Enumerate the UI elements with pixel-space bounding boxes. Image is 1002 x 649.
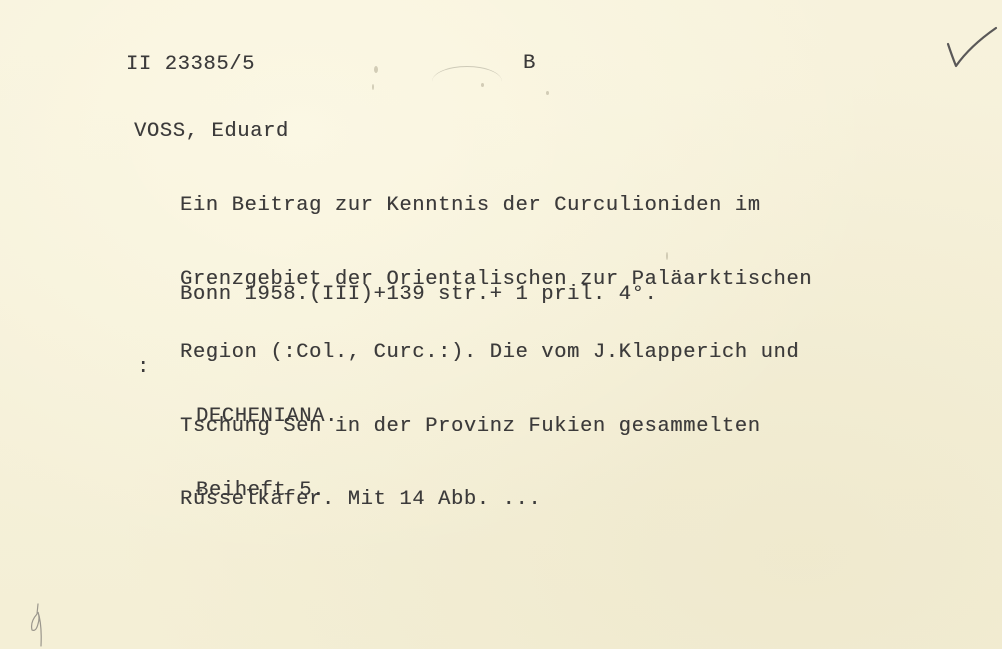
author-heading: VOSS, Eduard — [134, 120, 289, 145]
checkmark-icon — [940, 22, 1000, 74]
series-block: DECHENIANA. Beiheft 5. — [196, 356, 338, 552]
paper-speck — [372, 84, 374, 90]
shelfmark: II 23385/5 — [126, 53, 255, 78]
paper-speck — [546, 91, 549, 95]
series-title: DECHENIANA. — [196, 405, 338, 430]
imprint-line: Bonn 1958.(III)+139 str.+ 1 pril. 4°. — [180, 283, 657, 308]
paper-speck — [374, 66, 378, 73]
series-marker: : — [137, 356, 150, 381]
catalog-card: II 23385/5 B VOSS, Eduard Ein Beitrag zu… — [0, 0, 1002, 649]
format-code: B — [523, 52, 536, 77]
title-line: Ein Beitrag zur Kenntnis der Curculionid… — [180, 194, 812, 219]
series-number: Beiheft 5. — [196, 479, 338, 504]
pencil-mark-icon — [26, 600, 50, 648]
paper-speck — [481, 83, 484, 87]
paper-smudge — [432, 66, 502, 97]
